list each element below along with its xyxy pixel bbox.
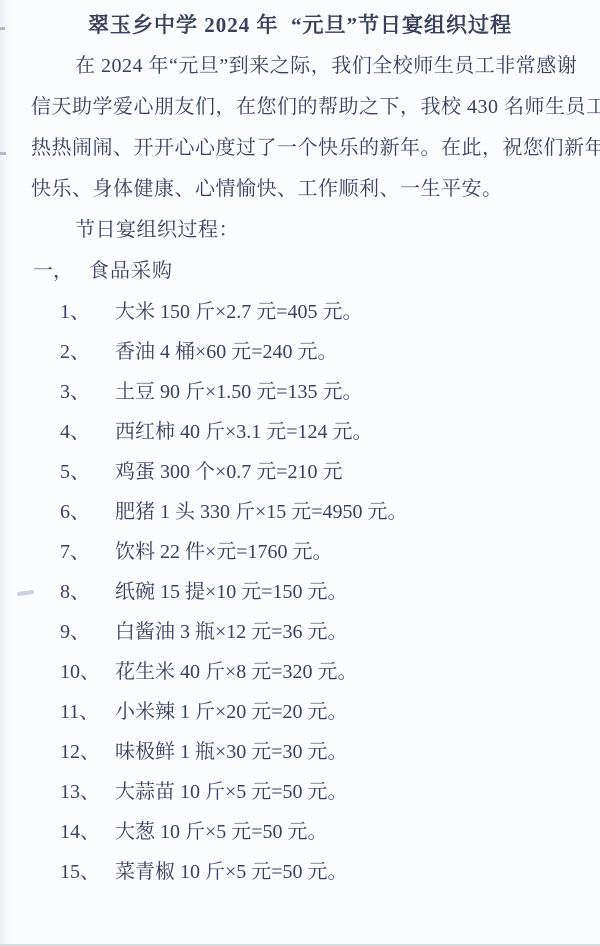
section-numeral: 一， xyxy=(33,260,73,282)
item-number: 5、 xyxy=(60,452,115,492)
intro-paragraph: 在 2024 年“元旦”到来之际，我们全校师生员工非常感谢 信天助学爱心朋友们，… xyxy=(0,46,600,210)
item-number: 14、 xyxy=(60,812,115,852)
list-item: 10、花生米 40 斤×8 元=320 元。 xyxy=(60,652,600,692)
process-heading: 节日宴组织过程： xyxy=(75,210,600,251)
item-text: 菜青椒 10 斤×5 元=50 元。 xyxy=(115,852,348,892)
item-number: 4、 xyxy=(60,412,115,452)
item-text: 西红柿 40 斤×3.1 元=124 元。 xyxy=(115,412,373,452)
item-number: 9、 xyxy=(60,612,115,652)
item-text: 花生米 40 斤×8 元=320 元。 xyxy=(115,652,358,692)
item-text: 饮料 22 件×元=1760 元。 xyxy=(115,532,333,572)
list-item: 8、纸碗 15 提×10 元=150 元。 xyxy=(60,572,600,612)
item-text: 肥猪 1 头 330 斤×15 元=4950 元。 xyxy=(115,492,408,532)
list-item: 15、菜青椒 10 斤×5 元=50 元。 xyxy=(60,852,600,892)
item-number: 7、 xyxy=(60,532,115,572)
list-item: 2、香油 4 桶×60 元=240 元。 xyxy=(60,332,600,372)
list-item: 6、肥猪 1 头 330 斤×15 元=4950 元。 xyxy=(60,492,600,532)
item-text: 土豆 90 斤×1.50 元=135 元。 xyxy=(115,372,363,412)
list-item: 3、土豆 90 斤×1.50 元=135 元。 xyxy=(60,372,600,412)
paragraph-line: 信天助学爱心朋友们，在您们的帮助之下，我校 430 名师生员工 xyxy=(31,87,590,128)
list-item: 9、白酱油 3 瓶×12 元=36 元。 xyxy=(60,612,600,652)
list-item: 5、鸡蛋 300 个×0.7 元=210 元 xyxy=(60,452,600,492)
item-number: 2、 xyxy=(60,332,115,372)
list-item: 14、大葱 10 斤×5 元=50 元。 xyxy=(60,812,600,852)
section-heading: 一，食品采购 xyxy=(33,251,600,292)
list-item: 12、味极鲜 1 瓶×30 元=30 元。 xyxy=(60,732,600,772)
list-item: 7、饮料 22 件×元=1760 元。 xyxy=(60,532,600,572)
doc-title: 翠玉乡中学 2024 年 “元旦”节日宴组织过程 xyxy=(0,0,600,40)
paragraph-line: 热热闹闹、开开心心度过了一个快乐的新年。在此，祝您们新年 xyxy=(31,128,590,169)
list-item: 11、小米辣 1 斤×20 元=20 元。 xyxy=(60,692,600,732)
document-page: 翠玉乡中学 2024 年 “元旦”节日宴组织过程 在 2024 年“元旦”到来之… xyxy=(0,0,600,946)
item-number: 11、 xyxy=(60,692,115,732)
item-text: 鸡蛋 300 个×0.7 元=210 元 xyxy=(115,452,343,492)
item-number: 3、 xyxy=(60,372,115,412)
purchase-item-list: 1、大米 150 斤×2.7 元=405 元。 2、香油 4 桶×60 元=24… xyxy=(0,292,600,892)
section-label: 食品采购 xyxy=(89,260,173,282)
item-text: 大米 150 斤×2.7 元=405 元。 xyxy=(115,292,363,332)
paragraph-line: 快乐、身体健康、心情愉快、工作顺利、一生平安。 xyxy=(31,169,590,210)
item-text: 香油 4 桶×60 元=240 元。 xyxy=(115,332,338,372)
item-text: 大葱 10 斤×5 元=50 元。 xyxy=(115,812,328,852)
item-text: 白酱油 3 瓶×12 元=36 元。 xyxy=(115,612,348,652)
item-number: 10、 xyxy=(60,652,115,692)
item-number: 1、 xyxy=(60,292,115,332)
item-number: 13、 xyxy=(60,772,115,812)
item-number: 6、 xyxy=(60,492,115,532)
item-text: 小米辣 1 斤×20 元=20 元。 xyxy=(115,692,348,732)
list-item: 4、西红柿 40 斤×3.1 元=124 元。 xyxy=(60,412,600,452)
item-number: 15、 xyxy=(60,852,115,892)
paragraph-line: 在 2024 年“元旦”到来之际，我们全校师生员工非常感谢 xyxy=(31,46,590,87)
item-number: 8、 xyxy=(60,572,115,612)
item-text: 味极鲜 1 瓶×30 元=30 元。 xyxy=(115,732,348,772)
item-text: 纸碗 15 提×10 元=150 元。 xyxy=(115,572,348,612)
item-number: 12、 xyxy=(60,732,115,772)
list-item: 13、大蒜苗 10 斤×5 元=50 元。 xyxy=(60,772,600,812)
list-item: 1、大米 150 斤×2.7 元=405 元。 xyxy=(60,292,600,332)
item-text: 大蒜苗 10 斤×5 元=50 元。 xyxy=(115,772,348,812)
